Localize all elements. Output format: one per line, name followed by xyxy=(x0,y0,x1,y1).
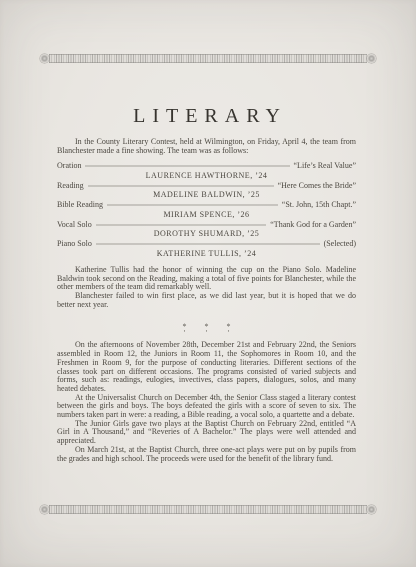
piece-title: (Selected) xyxy=(324,240,356,248)
paragraph-result-note: Blanchester failed to win first place, a… xyxy=(57,292,356,309)
fleuron-icon: *· xyxy=(180,324,190,333)
leader-line xyxy=(88,185,274,186)
rosette-icon xyxy=(367,505,376,514)
contest-row: Oration “Life’s Real Value” xyxy=(57,162,356,170)
event-label: Oration xyxy=(57,162,81,170)
paragraph-junior-plays: The Junior Girls gave two plays at the B… xyxy=(57,420,356,446)
contest-results-list: Oration “Life’s Real Value” LAURENCE HAW… xyxy=(57,162,356,258)
contest-row: Vocal Solo “Thank God for a Garden” xyxy=(57,221,356,229)
event-label: Vocal Solo xyxy=(57,221,92,229)
rosette-icon xyxy=(40,505,49,514)
leader-line xyxy=(107,205,278,206)
page-content: LITERARY In the County Literary Contest,… xyxy=(57,0,356,463)
performer-name: MADELINE BALDWIN, ’25 xyxy=(57,191,356,199)
page-title: LITERARY xyxy=(57,104,356,128)
leader-line xyxy=(96,244,320,245)
event-label: Reading xyxy=(57,182,84,190)
decorative-band-bottom xyxy=(49,505,367,514)
paragraph-cup-summary: Katherine Tullis had the honor of winnin… xyxy=(57,266,356,292)
paragraph-library-plays: On March 21st, at the Baptist Church, th… xyxy=(57,446,356,463)
performer-name: DOROTHY SHUMARD, ’25 xyxy=(57,230,356,238)
event-label: Bible Reading xyxy=(57,201,103,209)
contest-row: Piano Solo (Selected) xyxy=(57,240,356,248)
piece-title: “Life’s Real Value” xyxy=(294,162,357,170)
contest-entry: Piano Solo (Selected) KATHERINE TULLIS, … xyxy=(57,240,356,258)
fleuron-icon: *· xyxy=(202,324,212,333)
section-divider: *· *· *· xyxy=(57,316,356,334)
fleuron-icon: *· xyxy=(224,324,234,333)
performer-name: MIRIAM SPENCE, ’26 xyxy=(57,211,356,219)
rosette-icon xyxy=(367,54,376,63)
piece-title: “Here Comes the Bride” xyxy=(278,182,356,190)
contest-row: Bible Reading “St. John, 15th Chapt.” xyxy=(57,201,356,209)
piece-title: “Thank God for a Garden” xyxy=(270,221,356,229)
rosette-icon xyxy=(40,54,49,63)
intro-paragraph: In the County Literary Contest, held at … xyxy=(57,138,356,155)
piece-title: “St. John, 15th Chapt.” xyxy=(282,201,356,209)
performer-name: LAURENCE HAWTHORNE, ’24 xyxy=(57,172,356,180)
contest-entry: Reading “Here Comes the Bride” MADELINE … xyxy=(57,182,356,200)
contest-entry: Bible Reading “St. John, 15th Chapt.” MI… xyxy=(57,201,356,219)
performer-name: KATHERINE TULLIS, ’24 xyxy=(57,250,356,258)
contest-entry: Vocal Solo “Thank God for a Garden” DORO… xyxy=(57,221,356,239)
contest-row: Reading “Here Comes the Bride” xyxy=(57,182,356,190)
event-label: Piano Solo xyxy=(57,240,92,248)
leader-line xyxy=(96,224,267,225)
paragraph-church-contest: At the Universalist Church on December 4… xyxy=(57,394,356,420)
paragraph-literaries: On the afternoons of November 28th, Dece… xyxy=(57,341,356,393)
leader-line xyxy=(85,166,289,167)
contest-entry: Oration “Life’s Real Value” LAURENCE HAW… xyxy=(57,162,356,180)
yearbook-page: LITERARY In the County Literary Contest,… xyxy=(0,0,416,567)
